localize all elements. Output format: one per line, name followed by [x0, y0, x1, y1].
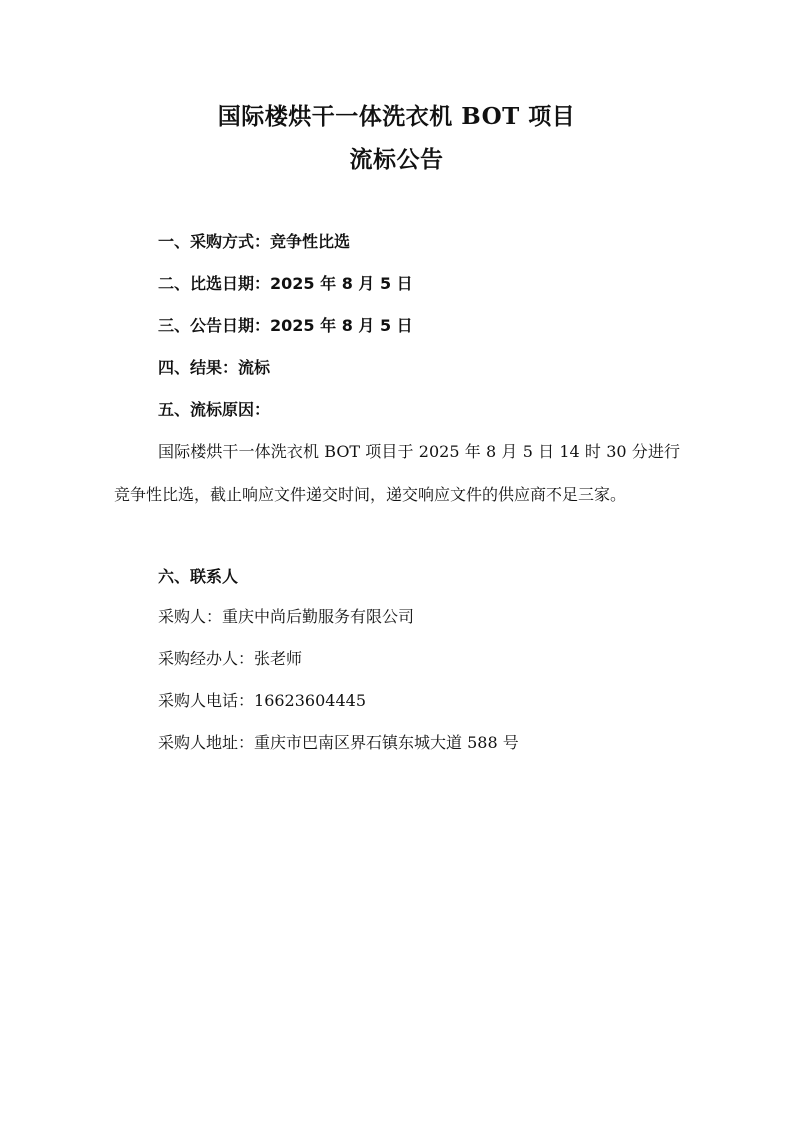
- document-subtitle: 流标公告: [0, 145, 793, 175]
- section-label: 二、比选日期：: [158, 274, 270, 293]
- section-value: 流标: [238, 358, 270, 377]
- contact-value: 重庆中尚后勤服务有限公司: [222, 607, 414, 626]
- contact-value: 张老师: [254, 649, 302, 668]
- contact-label: 采购人：: [158, 607, 222, 626]
- contact-heading: 六、联系人: [158, 566, 238, 588]
- document-page: 国际楼烘干一体洗衣机 BOT 项目 流标公告 一、采购方式：竞争性比选 二、比选…: [0, 0, 793, 1122]
- contact-purchaser: 采购人：重庆中尚后勤服务有限公司: [158, 606, 414, 628]
- section-procurement-method: 一、采购方式：竞争性比选: [158, 231, 350, 253]
- document-title: 国际楼烘干一体洗衣机 BOT 项目: [0, 102, 793, 132]
- contact-label: 采购人电话：: [158, 691, 254, 710]
- contact-value: 16623604445: [254, 691, 366, 710]
- contact-label: 采购经办人：: [158, 649, 254, 668]
- contact-value: 重庆市巴南区界石镇东城大道 588 号: [254, 733, 519, 752]
- section-value: 竞争性比选: [270, 232, 350, 251]
- section-result: 四、结果：流标: [158, 357, 270, 379]
- section-failure-reason: 五、流标原因：: [158, 399, 270, 421]
- contact-handler: 采购经办人：张老师: [158, 648, 302, 670]
- failure-reason-paragraph: 国际楼烘干一体洗衣机 BOT 项目于 2025 年 8 月 5 日 14 时 3…: [114, 430, 680, 516]
- section-label: 三、公告日期：: [158, 316, 270, 335]
- section-value: 2025 年 8 月 5 日: [270, 274, 413, 293]
- section-announcement-date: 三、公告日期：2025 年 8 月 5 日: [158, 315, 413, 337]
- section-value: 2025 年 8 月 5 日: [270, 316, 413, 335]
- section-label: 五、流标原因：: [158, 400, 270, 419]
- section-selection-date: 二、比选日期：2025 年 8 月 5 日: [158, 273, 413, 295]
- section-label: 四、结果：: [158, 358, 238, 377]
- contact-address: 采购人地址：重庆市巴南区界石镇东城大道 588 号: [158, 732, 519, 754]
- section-label: 一、采购方式：: [158, 232, 270, 251]
- contact-label: 采购人地址：: [158, 733, 254, 752]
- contact-phone: 采购人电话：16623604445: [158, 690, 366, 712]
